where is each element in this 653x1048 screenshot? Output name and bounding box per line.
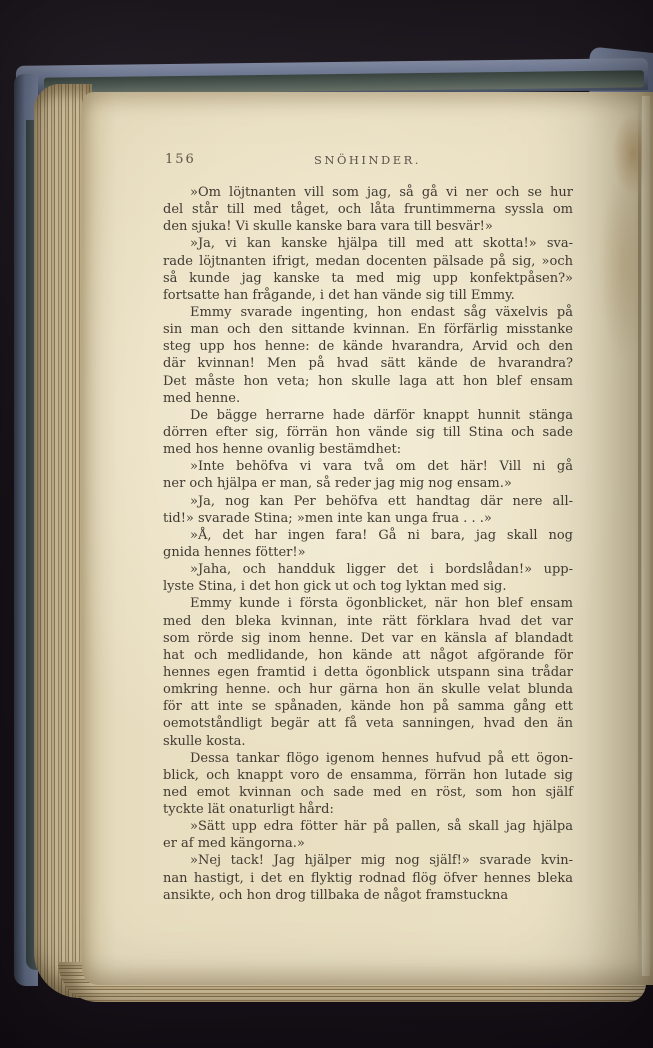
text-line: den sjuka! Vi skulle kanske bara vara ti… [163,218,573,235]
text-line: Emmy kunde i första ögonblicket, när hon… [163,595,573,612]
book-photo: 156 SNÖHINDER. »Om löjtnanten vill som j… [0,0,653,1048]
text-line: skulle kosta. [163,733,573,750]
text-line: med den bleka kvinnan, inte rätt förklar… [163,613,573,630]
text-line: med henne. [163,390,573,407]
text-line: dörren efter sig, förrän hon vände sig t… [163,424,573,441]
text-line: så kunde jag kanske ta med mig upp konfe… [163,270,573,287]
text-line: tyckte lät onaturligt hård: [163,801,573,818]
text-line: »Om löjtnanten vill som jag, så gå vi ne… [163,184,573,201]
text-line: er af med kängorna.» [163,835,573,852]
page-crease [638,96,641,976]
text-line: De bägge herrarne hade därför knappt hun… [163,407,573,424]
text-line: gnida hennes fötter!» [163,544,573,561]
text-line: »Jaha, och handduk ligger det i bordslåd… [163,561,573,578]
text-line: »Nej tack! Jag hjälper mig nog själf!» s… [163,852,573,869]
text-block: »Om löjtnanten vill som jag, så gå vi ne… [163,184,573,904]
text-line: oemotståndligt begär att få veta sanning… [163,715,573,732]
text-line: ner och hjälpa er man, så reder jag mig … [163,475,573,492]
text-line: hat och medlidande, hon kände att något … [163,647,573,664]
running-title: SNÖHINDER. [163,153,572,167]
text-line: hennes egen framtid i detta ögonblick ut… [163,664,573,681]
text-line: Dessa tankar flögo igenom hennes hufvud … [163,750,573,767]
text-line: sin man och den sittande kvinnan. En för… [163,321,573,338]
text-line: omkring henne. och hur gärna hon än skul… [163,681,573,698]
text-line: blick, och knappt voro de ensamma, förrä… [163,767,573,784]
text-line: fortsatte han frågande, i det han vände … [163,287,573,304]
text-line: lyste Stina, i det hon gick ut och tog l… [163,578,573,595]
text-line: nan hastigt, i det en flyktig rodnad flö… [163,870,573,887]
page-right-edge [642,96,650,976]
text-line: del står till med tåget, och låta frunti… [163,201,573,218]
text-line: som rörde sig inom henne. Det var en kän… [163,630,573,647]
text-line: »Ja, vi kan kanske hjälpa till med att s… [163,235,573,252]
text-line: Det måste hon veta; hon skulle laga att … [163,373,573,390]
text-line: steg upp hos henne: de kände hvarandra, … [163,338,573,355]
text-line: Emmy svarade ingenting, hon endast såg v… [163,304,573,321]
text-line: ned emot kvinnan och sade med en röst, s… [163,784,573,801]
text-line: ansikte, och hon drog tillbaka de något … [163,887,573,904]
text-line: »Sätt upp edra fötter här på pallen, så … [163,818,573,835]
text-line: »Inte behöfva vi vara två om det här! Vi… [163,458,573,475]
text-line: för att inte se spånaden, kände hon på s… [163,698,573,715]
text-line: »Ja, nog kan Per behöfva ett handtag där… [163,493,573,510]
text-line: rade löjtnanten ifrigt, medan docenten p… [163,253,573,270]
text-line: med hos henne ovanlig bestämdhet: [163,441,573,458]
text-line: där kvinnan! Men på hvad sätt kände de h… [163,355,573,372]
text-line: tid!» svarade Stina; »men inte kan unga … [163,510,573,527]
page-header: 156 SNÖHINDER. [163,152,572,170]
text-line: »Å, det har ingen fara! Gå ni bara, jag … [163,527,573,544]
book-page: 156 SNÖHINDER. »Om löjtnanten vill som j… [82,92,653,985]
